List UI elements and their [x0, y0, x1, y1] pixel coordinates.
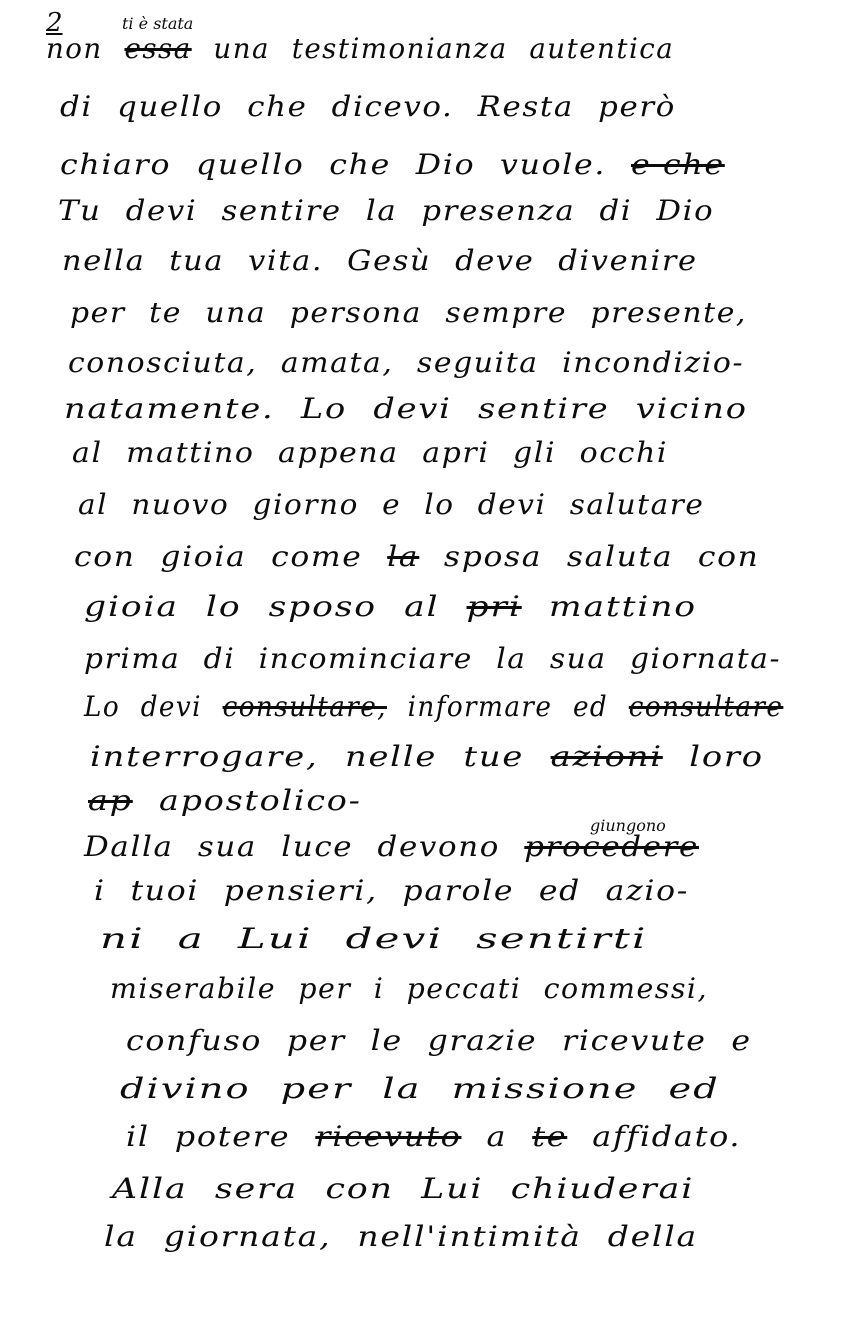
manuscript-line: lagiornata,nell'intimitàdella [104, 1220, 724, 1253]
manuscript-line: chiaroquellocheDiovuole.e che [60, 148, 750, 181]
manuscript-line: almattinoappenaaprigliocchi [72, 436, 692, 469]
word: azio- [606, 874, 689, 907]
word: loro [689, 740, 764, 773]
word: quello [196, 148, 305, 181]
manuscript-line: miserabileperipeccaticommessi, [110, 972, 730, 1005]
word: giornata, [164, 1220, 332, 1253]
word: per [298, 972, 351, 1005]
word: come [271, 540, 362, 573]
word: confuso [126, 1024, 262, 1057]
word: giorno [253, 488, 359, 521]
word: sua [550, 642, 607, 675]
struck-word: procedere [524, 830, 699, 863]
word: apostolico- [159, 784, 362, 817]
word: la [496, 642, 526, 675]
word: una [213, 32, 270, 65]
word: sentirti [476, 922, 648, 955]
word: divenire [558, 244, 697, 277]
word: potere [175, 1120, 290, 1153]
word: devi [126, 194, 198, 227]
word: mattino [549, 590, 697, 623]
word: ricevute [562, 1024, 707, 1057]
word: con [325, 1172, 393, 1205]
word: il [126, 1120, 150, 1153]
word: Resta [478, 90, 574, 123]
word: sposa [444, 540, 542, 573]
word: tua [169, 244, 224, 277]
word: grazie [428, 1024, 538, 1057]
manuscript-line: alnuovogiornoelodevisalutare [78, 488, 728, 521]
word: seguita [417, 346, 539, 379]
word: informare [408, 690, 553, 723]
word: per [281, 1072, 353, 1105]
word: una [205, 296, 266, 329]
word: sua [198, 830, 257, 863]
word: con [74, 540, 136, 573]
struck-word: te [532, 1120, 567, 1153]
manuscript-line: divinoperlamissioneed [120, 1072, 750, 1105]
word: nuovo [131, 488, 229, 521]
word: te [149, 296, 182, 329]
word: chiuderai [511, 1172, 694, 1205]
struck-word: essa [124, 32, 191, 65]
struck-word: e che [631, 148, 725, 181]
word: presente, [591, 296, 747, 329]
word: Lui [421, 1172, 483, 1205]
word: nelle [345, 740, 437, 773]
word: della [608, 1220, 698, 1253]
word: Lui [238, 922, 313, 955]
word: Dalla [84, 830, 174, 863]
word: vuole. [500, 148, 606, 181]
word: al [404, 590, 439, 623]
word: le [371, 1024, 403, 1057]
word: Dio [656, 194, 714, 227]
word: ed [573, 690, 608, 723]
word: devono [378, 830, 501, 863]
word: di [204, 642, 236, 675]
word: salutare [570, 488, 705, 521]
word: interrogare, [90, 740, 318, 773]
word: autentica [529, 32, 674, 65]
word: appena [278, 436, 399, 469]
manuscript-line: confusoperlegraziericevutee [126, 1024, 777, 1057]
struck-word: pri [467, 590, 522, 623]
word: tuoi [130, 874, 199, 907]
word: occhi [580, 436, 668, 469]
word: sentire [221, 194, 341, 227]
manuscript-line: Lodeviconsultare,informareedconsultare [84, 690, 804, 723]
word: parole [403, 874, 515, 907]
word: sera [215, 1172, 298, 1205]
word: i [94, 874, 106, 907]
word: conosciuta, [68, 346, 257, 379]
word: incondizio- [562, 346, 744, 379]
word: natamente. [64, 392, 274, 425]
struck-word: azioni [551, 740, 663, 773]
word: giornata- [630, 642, 781, 675]
word: tue [464, 740, 525, 773]
word: la [104, 1220, 138, 1253]
manuscript-line: niaLuidevisentirti [100, 922, 681, 955]
word: con [698, 540, 760, 573]
manuscript-line: nonessaunatestimonianzaautentica [46, 32, 696, 65]
word: divino [120, 1072, 251, 1105]
word: testimonianza [292, 32, 508, 65]
word: di [599, 194, 632, 227]
struck-word: ap [88, 784, 133, 817]
word: dicevo. [332, 90, 454, 123]
word: sentire [478, 392, 609, 425]
word: prima [84, 642, 180, 675]
word: gioia [84, 590, 179, 623]
word: Alla [112, 1172, 188, 1205]
manuscript-line: conosciuta,amata,seguitaincondizio- [68, 346, 768, 379]
word: devi [373, 392, 451, 425]
word: affidato. [592, 1120, 741, 1153]
manuscript-page: 2 ti è stata giungono nonessaunatestimon… [0, 0, 853, 1322]
word: nella [62, 244, 145, 277]
word: la [366, 194, 397, 227]
struck-word: ricevuto [315, 1120, 461, 1153]
manuscript-line: Dallasualucedevonoprocedere [84, 830, 723, 863]
manuscript-line: gioialosposoalprimattino [84, 590, 724, 623]
word: presenza [421, 194, 575, 227]
word: che [247, 90, 307, 123]
word: però [598, 90, 676, 123]
word: gli [513, 436, 556, 469]
word: missione [452, 1072, 639, 1105]
word: deve [455, 244, 534, 277]
manuscript-line: primadiincominciarelasuagiornata- [84, 642, 804, 675]
word: lo [206, 590, 242, 623]
manuscript-line: congioiacomelasposasalutacon [74, 540, 784, 573]
manuscript-line: diquellochedicevo.Restaperò [60, 90, 700, 123]
word: pensieri, [224, 874, 378, 907]
word: non [46, 32, 103, 65]
word: Tu [58, 194, 102, 227]
word: ed [669, 1072, 720, 1105]
word: Lo [301, 392, 347, 425]
word: sposo [269, 590, 377, 623]
word: devi [346, 922, 444, 955]
word: amata, [281, 346, 394, 379]
word: Gesù [347, 244, 431, 277]
word: per [70, 296, 126, 329]
manuscript-line: TudevisentirelapresenzadiDio [58, 194, 738, 227]
manuscript-line: perteunapersonasemprepresente, [70, 296, 770, 329]
word: nell'intimità [357, 1220, 581, 1253]
manuscript-line: natamente.Lodevisentirevicino [64, 392, 774, 425]
word: commessi, [544, 972, 708, 1005]
word: sempre [445, 296, 567, 329]
manuscript-line: ilpoterericevutoateaffidato. [126, 1120, 766, 1153]
word: saluta [567, 540, 673, 573]
word: miserabile [110, 972, 276, 1005]
word: la [382, 1072, 421, 1105]
word: devi [141, 690, 202, 723]
struck-word: consultare [629, 690, 784, 723]
word: al [72, 436, 103, 469]
word: chiaro [60, 148, 171, 181]
word: lo [424, 488, 454, 521]
word: al [78, 488, 108, 521]
manuscript-line: interrogare,nelletueazioniloro [90, 740, 790, 773]
word: gioia [160, 540, 246, 573]
word: che [329, 148, 391, 181]
word: per [287, 1024, 346, 1057]
word: a [486, 1120, 507, 1153]
word: i [374, 972, 385, 1005]
word: vicino [636, 392, 748, 425]
word: peccati [407, 972, 522, 1005]
word: Lo [84, 690, 120, 723]
word: di [60, 90, 93, 123]
word: luce [281, 830, 353, 863]
word: quello [117, 90, 223, 123]
word: persona [290, 296, 422, 329]
word: e [382, 488, 401, 521]
manuscript-line: apapostolico- [88, 784, 388, 817]
insertion-ti-e-stata: ti è stata [122, 14, 193, 33]
word: apri [422, 436, 489, 469]
word: mattino [126, 436, 254, 469]
manuscript-line: nellatuavita.Gesùdevedivenire [62, 244, 722, 277]
struck-word: consultare, [223, 690, 387, 723]
word: e [731, 1024, 751, 1057]
word: Dio [416, 148, 475, 181]
word: ed [539, 874, 581, 907]
manuscript-line: ituoipensieri,paroleedazio- [94, 874, 714, 907]
word: vita. [248, 244, 323, 277]
struck-word: la [387, 540, 419, 573]
word: devi [478, 488, 547, 521]
word: a [178, 922, 205, 955]
manuscript-line: AllaseraconLuichiuderai [112, 1172, 722, 1205]
word: incominciare [259, 642, 473, 675]
word: ni [100, 922, 145, 955]
